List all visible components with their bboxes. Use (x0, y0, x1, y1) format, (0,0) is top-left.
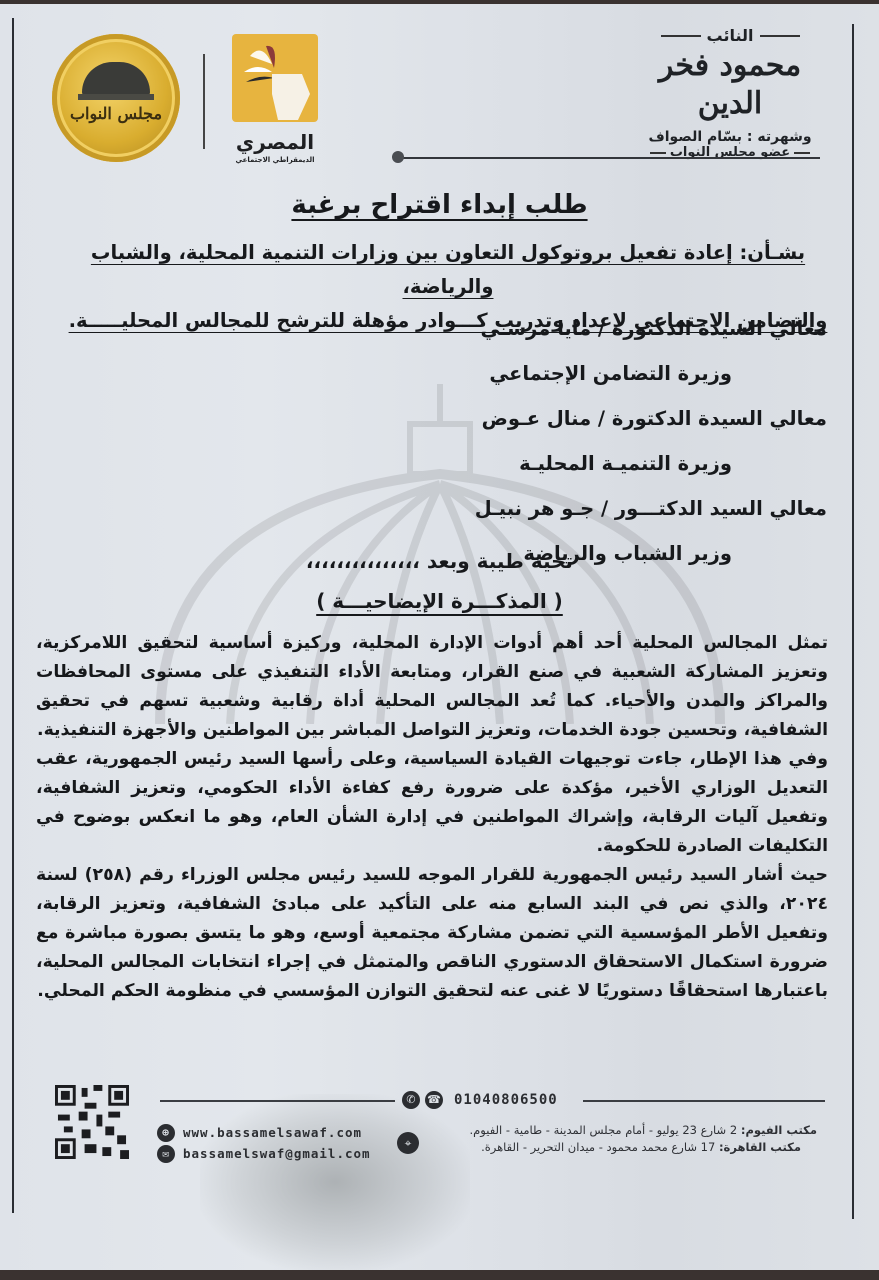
divider (661, 35, 701, 37)
globe-icon: ⊕ (157, 1124, 175, 1142)
footer-rule (583, 1100, 825, 1102)
body-paragraph: وفي هذا الإطار، جاءت توجيهات القيادة الس… (36, 745, 828, 861)
fayoum-office-label: مكتب الفيوم: (741, 1123, 817, 1137)
mp-name: محمود فخر الدين (630, 47, 830, 123)
recipient-addressee: معالي السيد الدكتـــور / جـو هر نبيـل (475, 486, 827, 531)
memo-heading: ( المذكـــرة الإيضاحيـــة ) (0, 589, 879, 613)
document-title: طلب إبداء اقتراح برغبة (0, 190, 879, 220)
office-addresses: مكتب الفيوم: 2 شارع 23 يوليو - أمام مجلس… (470, 1122, 817, 1156)
dome-icon (82, 62, 150, 96)
fayoum-office-address: 2 شارع 23 يوليو - أمام مجلس المدينة - طا… (470, 1123, 738, 1137)
recipient-addressee: معالي السيدة الدكتورة / منال عـوض (475, 396, 827, 441)
footer-rule (160, 1100, 395, 1102)
seal-text: مجلس النواب (52, 104, 180, 123)
memo-body: تمثل المجالس المحلية أحد أهم أدوات الإدا… (36, 629, 828, 1006)
document-page: النائب محمود فخر الدين وشهرته : بسّام ال… (0, 4, 879, 1270)
recipient-ministry: وزيرة التنميـة المحليـة (475, 441, 827, 486)
location-pin-icon: ⌖ (397, 1132, 419, 1154)
header-rule (397, 157, 820, 159)
recipients-block: معالي السيدة الدكتورة / مايا مرسـي وزيرة… (475, 306, 827, 576)
divider (794, 152, 810, 154)
whatsapp-icon: ✆ (402, 1091, 420, 1109)
party-subtitle: الديمقراطي الاجتماعي (230, 156, 320, 164)
recipient-ministry: وزيرة التضامن الإجتماعي (475, 351, 827, 396)
mail-icon: ✉ (157, 1145, 175, 1163)
subject-line-1: بشـأن: إعادة تفعيل بروتوكول التعاون بين … (91, 241, 805, 298)
email-link[interactable]: bassamelswaf@gmail.com (183, 1146, 371, 1161)
party-logo: المصري الديمقراطي الاجتماعي (230, 34, 320, 174)
mp-known-as: وشهرته : بسّام الصواف (630, 129, 830, 145)
online-contacts: ⊕ www.bassamelsawaf.com ✉ bassamelswaf@g… (157, 1122, 371, 1164)
website-link[interactable]: www.bassamelsawaf.com (183, 1125, 362, 1140)
phone-number[interactable]: 01040806500 (454, 1092, 558, 1108)
body-paragraph: تمثل المجالس المحلية أحد أهم أدوات الإدا… (36, 629, 828, 745)
cairo-office-label: مكتب القاهرة: (719, 1140, 801, 1154)
qr-code-icon (55, 1084, 129, 1160)
cairo-office-address: 17 شارع محمد محمود - ميدان التحرير - الق… (481, 1140, 715, 1154)
header-rule-dot (392, 151, 404, 163)
phone-icon: ☎ (425, 1091, 443, 1109)
greeting: تحية طيبة وبعد ،،،،،،،،،،،،،،، (0, 549, 879, 573)
paper-shadow (200, 1094, 470, 1270)
mp-letterhead: النائب محمود فخر الدين وشهرته : بسّام ال… (630, 26, 830, 160)
fist-flower-icon (232, 34, 318, 122)
divider (760, 35, 800, 37)
logo-separator (203, 54, 205, 149)
phone-contact: ✆ ☎ 01040806500 (402, 1089, 558, 1111)
house-of-representatives-seal-logo: مجلس النواب (52, 34, 180, 162)
recipient-addressee: معالي السيدة الدكتورة / مايا مرسـي (475, 306, 827, 351)
divider (650, 152, 666, 154)
party-name: المصري (230, 130, 320, 154)
mp-label: النائب (707, 26, 754, 45)
body-paragraph: حيث أشار السيد رئيس الجمهورية للقرار الم… (36, 861, 828, 1006)
